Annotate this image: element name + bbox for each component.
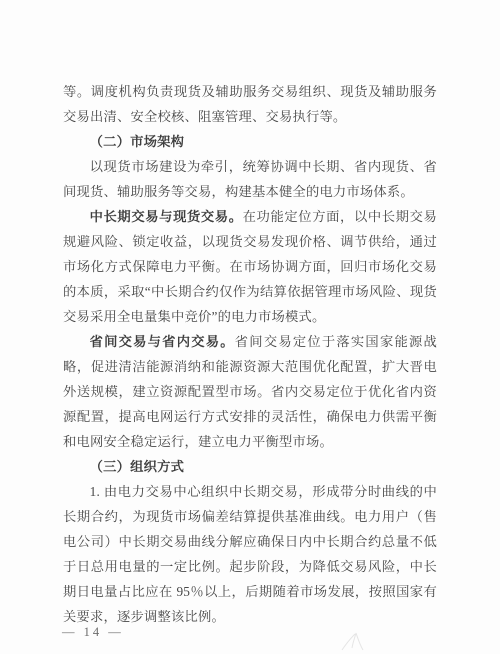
paragraph-midlong-body: 在功能定位方面，以中长期交易规避风险、锁定收益，以现货交易发现价格、调节供给，通… — [63, 209, 437, 324]
heading-market-architecture: （二）市场架构 — [63, 129, 437, 154]
page-number: — 14 — — [62, 622, 124, 642]
paragraph-organization-item1: 1. 由电力交易中心组织中长期交易，形成带分时曲线的中长期合约，为现货市场偏差结… — [63, 479, 437, 629]
paragraph-market-overview: 以现货市场建设为牵引，统筹协调中长期、省内现货、省间现货、辅助服务等交易，构建基… — [63, 154, 437, 204]
paragraph-interprovincial: 省间交易与省内交易。省间交易定位于落实国家能源战略，促进清洁能源消纳和能源资源大… — [63, 329, 437, 454]
paragraph-midlong-lead: 中长期交易与现货交易。 — [90, 209, 243, 224]
scanned-document-page: 等。调度机构负责现货及辅助服务交易组织、现货及辅助服务交易出清、安全校核、阻塞管… — [0, 0, 500, 654]
paragraph-interprovincial-lead: 省间交易与省内交易。 — [90, 334, 235, 349]
scan-pen-mark-artifact — [338, 630, 378, 654]
document-body: 等。调度机构负责现货及辅助服务交易组织、现货及辅助服务交易出清、安全校核、阻塞管… — [63, 79, 437, 629]
heading-organization-method: （三）组织方式 — [63, 454, 437, 479]
paragraph-dispatch-duties: 等。调度机构负责现货及辅助服务交易组织、现货及辅助服务交易出清、安全校核、阻塞管… — [63, 79, 437, 129]
paragraph-interprovincial-body: 省间交易定位于落实国家能源战略，促进清洁能源消纳和能源资源大范围优化配置，扩大晋… — [63, 334, 437, 449]
paragraph-midlong-vs-spot: 中长期交易与现货交易。在功能定位方面，以中长期交易规避风险、锁定收益，以现货交易… — [63, 204, 437, 329]
